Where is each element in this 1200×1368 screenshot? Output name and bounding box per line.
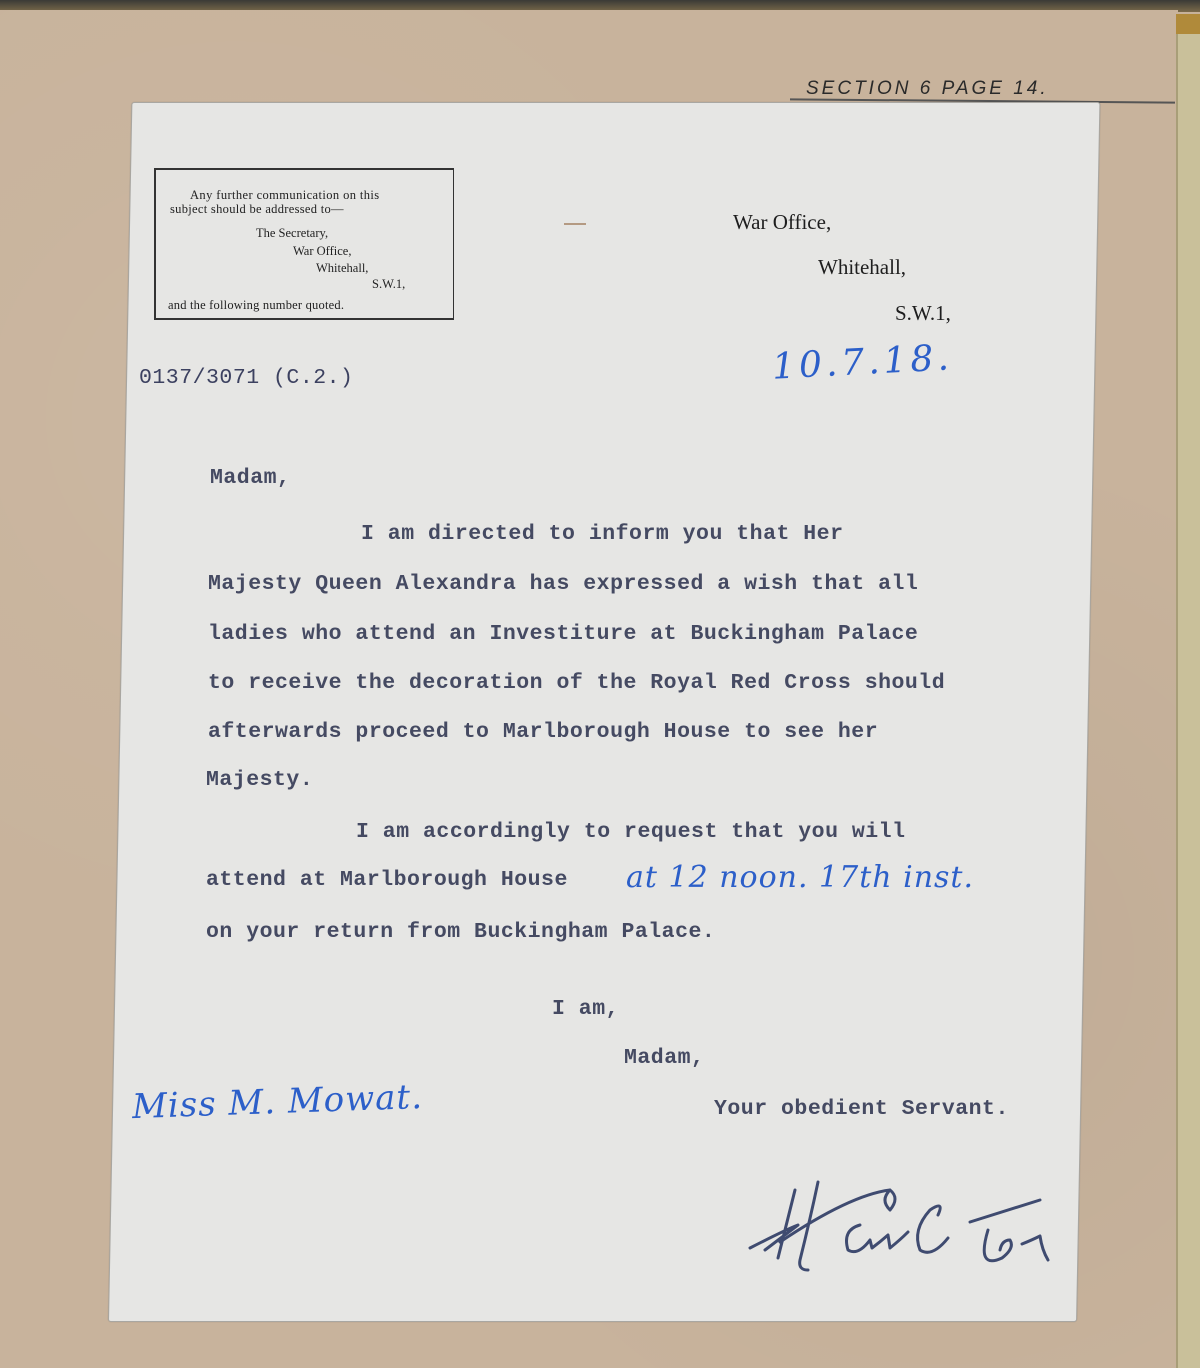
notice-line: and the following number quoted. [168, 298, 344, 312]
handwritten-recipient: Miss M. Mowat. [131, 1077, 423, 1127]
closing-line: Madam, [624, 1046, 704, 1070]
body-line: on your return from Buckingham Palace. [206, 920, 715, 944]
letterhead-line: War Office, [733, 210, 831, 235]
notice-line: War Office, [293, 244, 351, 258]
letterhead-line: Whitehall, [818, 255, 906, 280]
body-line: to receive the decoration of the Royal R… [208, 671, 945, 695]
body-line: I am directed to inform you that Her [361, 522, 843, 546]
notice-line: Whitehall, [316, 261, 368, 275]
body-line: ladies who attend an Investiture at Buck… [208, 622, 918, 646]
handwritten-date: 10.7.18. [771, 337, 954, 387]
correspondence-notice-box: Any further communication on this subjec… [154, 168, 454, 320]
letter-content: Any further communication on this subjec… [0, 0, 1200, 1368]
salutation: Madam, [210, 466, 290, 490]
body-line: attend at Marlborough House [206, 868, 568, 892]
body-line: I am accordingly to request that you wil… [356, 820, 906, 844]
body-line: Majesty Queen Alexandra has expressed a … [208, 572, 918, 596]
letterhead-line: S.W.1, [895, 301, 951, 326]
notice-line: The Secretary, [256, 226, 328, 240]
signature [740, 1170, 1070, 1280]
notice-line: Any further communication on this [190, 188, 380, 202]
closing-line: I am, [552, 997, 619, 1021]
closing-line: Your obedient Servant. [714, 1097, 1009, 1121]
reference-number: 0137/3071 (C.2.) [139, 366, 353, 390]
notice-line: subject should be addressed to— [170, 202, 344, 216]
notice-line: S.W.1, [372, 277, 405, 291]
handwritten-appointment: at 12 noon. 17th inst. [626, 860, 974, 895]
body-line: afterwards proceed to Marlborough House … [208, 720, 878, 744]
body-line: Majesty. [206, 768, 313, 792]
paper-mark [564, 223, 586, 225]
